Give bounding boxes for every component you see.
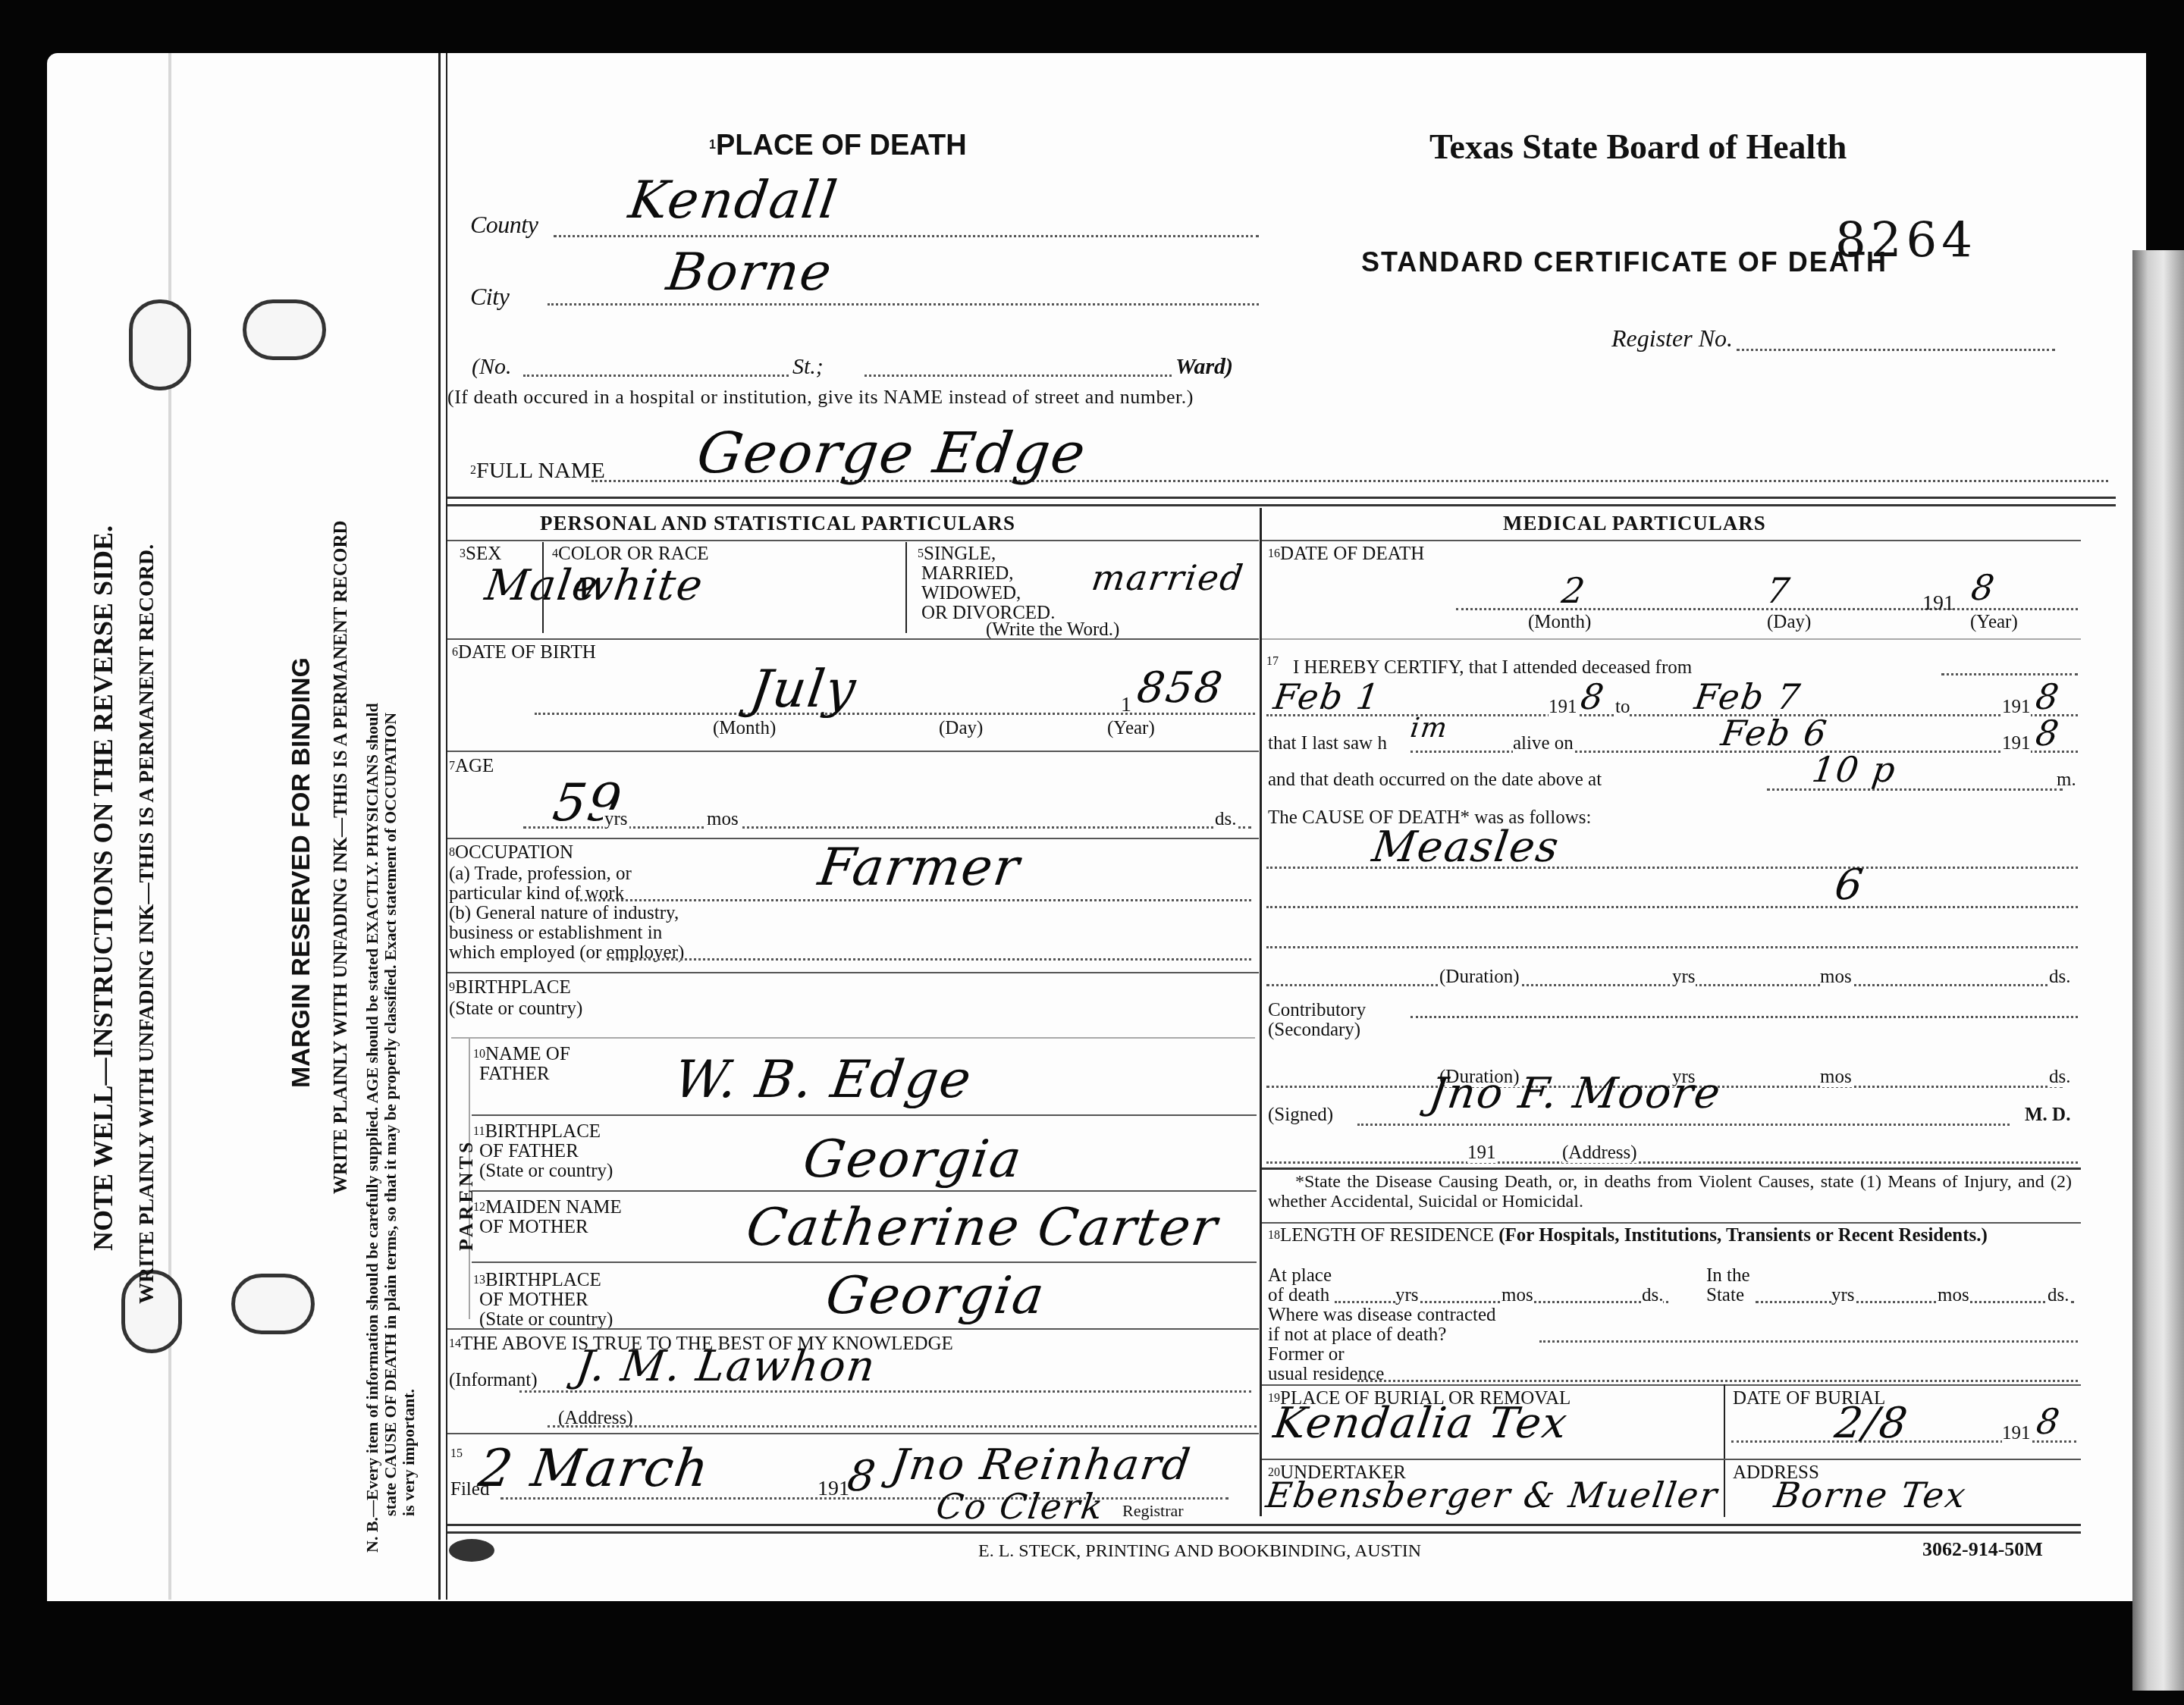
full-name-label-text: FULL NAME [476, 458, 605, 483]
occupation-label-text: OCCUPATION [455, 842, 573, 863]
ward-label: Ward) [1175, 356, 1233, 378]
certify-line1: I HEREBY CERTIFY, that I attended deceas… [1293, 658, 1692, 678]
certify-line1-dots [1941, 673, 2078, 675]
death-year-label: (Year) [1970, 613, 2018, 632]
birth-day-label: (Day) [939, 719, 983, 738]
birth-label-text: DATE OF BIRTH [458, 642, 596, 663]
hospital-note: (If death occured in a hospital or insti… [447, 387, 1194, 408]
occupation-line-a [576, 899, 1251, 901]
signed-line [1357, 1124, 2010, 1126]
occupation-label: 8OCCUPATION [449, 843, 573, 863]
alive-on-value: Feb 6 [1718, 713, 1831, 754]
father-name-label-1: 10NAME OF [473, 1045, 570, 1064]
item-number: 10 [473, 1048, 485, 1061]
binding-clip-top-inner [243, 299, 326, 360]
mother-birthplace-label-text: BIRTHPLACE [485, 1270, 601, 1290]
age-top-rule [447, 751, 1259, 752]
board-title: Texas State Board of Health [1429, 129, 1847, 165]
age-line [523, 826, 1251, 829]
date-of-death-label: 16DATE OF DEATH [1268, 544, 1424, 564]
personal-title-rule [447, 540, 1259, 541]
signed-address-label: (Address) [1562, 1143, 1637, 1163]
age-mos-label: mos [705, 810, 740, 829]
certificate-number: 8264 [1835, 216, 1977, 266]
mother-name-label-2: OF MOTHER [479, 1218, 588, 1237]
cause-yrs-label: yrs [1672, 967, 1696, 987]
registrar-value: Jno Reinhard [887, 1440, 1194, 1490]
signed-year-prefix: 191 [1467, 1143, 1496, 1163]
binding-clip-bottom-inner [231, 1274, 315, 1334]
attended-to-label: to [1615, 697, 1630, 717]
death-year-prefix: 191 [1922, 593, 1954, 614]
mother-birthplace-label-1: 13BIRTHPLACE [473, 1271, 601, 1290]
parents-top-rule [451, 1037, 1255, 1039]
cause-line-3 [1266, 946, 2078, 948]
union-label-icon [449, 1539, 494, 1562]
margin-reserved-for-binding: MARGIN RESERVED FOR BINDING [287, 657, 316, 1088]
contributory-label-1: Contributory [1268, 1001, 1366, 1020]
birth-line [535, 713, 1255, 715]
father-birthplace-label-1: 11BIRTHPLACE [473, 1122, 601, 1142]
birth-year-value: 858 [1134, 663, 1226, 713]
bottom-double-rule-bottom [447, 1531, 2081, 1534]
last-saw-him: im [1408, 713, 1450, 744]
item-number: 13 [473, 1274, 485, 1287]
residence-label-text: LENGTH OF RESIDENCE [1280, 1225, 1494, 1246]
mother-birthplace-rule [447, 1328, 1259, 1330]
name-double-rule-bottom [447, 504, 2116, 506]
city-value: Borne [663, 243, 836, 302]
contracted-label-2: if not at place of death? [1268, 1325, 1446, 1345]
register-line [1737, 349, 2055, 351]
undertaker-value: Ebensberger & Mueller [1263, 1475, 1721, 1515]
age-yrs-label: yrs [603, 810, 629, 829]
father-name-label-text: NAME OF [485, 1044, 570, 1064]
marital-label-3: WIDOWED, [921, 584, 1021, 603]
burial-year-prefix: 191 [2002, 1424, 2031, 1443]
at-place-label-2: of death [1268, 1286, 1329, 1305]
item-number: 16 [1268, 547, 1280, 560]
place-of-death-title: 1PLACE OF DEATH [709, 130, 967, 161]
form-left-rule-inner [446, 53, 447, 1600]
full-name-value: George Edge [693, 421, 1090, 486]
occurred-label: and that death occurred on the date abov… [1268, 770, 1602, 790]
burial-top-rule [1262, 1384, 2081, 1386]
time-value: 10 p [1809, 749, 1899, 790]
occupation-value: Farmer [814, 838, 1024, 898]
margin-write-plainly-inner: WRITE PLAINLY WITH UNFADING INK—THIS IS … [331, 520, 352, 1194]
birth-year-label: (Year) [1107, 719, 1155, 738]
personal-section-title: PERSONAL AND STATISTICAL PARTICULARS [540, 512, 1015, 534]
mother-name-value: Catherine Carter [742, 1198, 1222, 1258]
item-number: 9 [449, 981, 455, 994]
at-place-yrs: yrs [1395, 1286, 1419, 1305]
register-label: Register No. [1611, 328, 1733, 349]
item-number: 2 [470, 464, 476, 477]
age-label-text: AGE [455, 756, 494, 776]
age-label: 7AGE [449, 757, 494, 776]
footnote: *State the Disease Causing Death, or, in… [1268, 1172, 2072, 1211]
margin-nb-line2: state CAUSE OF DEATH in plain terms, so … [381, 713, 400, 1516]
in-state-ds: ds. [2047, 1286, 2069, 1305]
cause-line-2 [1266, 906, 2078, 908]
marital-value: married [1089, 557, 1247, 598]
in-state-label-1: In the [1706, 1266, 1750, 1286]
birthplace-hint: (State or country) [449, 999, 582, 1019]
birth-year-prefix: 1 [1121, 694, 1131, 716]
father-birthplace-label-2: OF FATHER [479, 1142, 579, 1161]
mother-birthplace-value: Georgia [822, 1266, 1049, 1326]
death-day-label: (Day) [1767, 613, 1811, 632]
certificate-title: STANDARD CERTIFICATE OF DEATH [1361, 248, 1887, 277]
contributory-label-2: (Secondary) [1268, 1020, 1360, 1040]
last-saw-label: that I last saw h [1268, 734, 1387, 754]
cause-duration-line [1266, 984, 2063, 986]
in-state-label-2: State [1706, 1286, 1744, 1305]
cause-ds-label: ds. [2049, 967, 2070, 987]
mother-name-label-text: MAIDEN NAME [485, 1197, 622, 1218]
attended-from-year-prefix: 191 [1549, 697, 1577, 717]
undertaker-address-value: Borne Tex [1771, 1475, 1969, 1515]
occupation-line-b1: (b) General nature of industry, [449, 904, 679, 923]
mother-birthplace-label-2: OF MOTHER [479, 1290, 588, 1310]
date-of-death-label-text: DATE OF DEATH [1280, 544, 1424, 564]
residence-label: 18LENGTH OF RESIDENCE (For Hospitals, In… [1268, 1225, 2072, 1246]
alive-on-label: alive on [1513, 734, 1574, 754]
birth-month-value: July [746, 660, 860, 719]
margin-nb-line1: N. B.—Every item of information should b… [362, 703, 382, 1553]
parents-label: PARENTS [455, 1139, 478, 1251]
father-name-value: W. B. Edge [670, 1050, 975, 1110]
in-state-line [1756, 1301, 2074, 1303]
former-label-1: Former or [1268, 1345, 1345, 1365]
sex-race-divider [542, 542, 544, 633]
binding-fold-line [168, 53, 171, 1600]
father-birthplace-rule [472, 1190, 1257, 1192]
informant-value: J. M. Lawhon [573, 1342, 879, 1391]
form-code: 3062-914-50M [1922, 1539, 2043, 1560]
item-number: 1 [709, 139, 716, 152]
marital-hint: (Write the Word.) [986, 620, 1119, 640]
county-label: County [470, 214, 538, 235]
medical-title-rule [1262, 540, 2081, 541]
mother-birthplace-label-3: (State or country) [479, 1310, 613, 1330]
at-place-mos: mos [1501, 1286, 1533, 1305]
item-number: 7 [449, 760, 455, 773]
attended-to-value: Feb 7 [1692, 676, 1804, 717]
contracted-line [1539, 1340, 2078, 1343]
father-birthplace-label-3: (State or country) [479, 1161, 613, 1181]
city-label: City [470, 286, 509, 307]
residence-top-rule [1262, 1222, 2081, 1224]
father-name-label-2: FATHER [479, 1064, 550, 1084]
street-no-label: (No. [472, 356, 512, 378]
certify-number: 17 [1266, 652, 1279, 672]
street-no-line [523, 375, 789, 377]
item-number: 5 [918, 547, 924, 560]
contributory-line [1410, 1016, 2078, 1018]
birthplace-top-rule [447, 972, 1259, 973]
medical-section-title: MEDICAL PARTICULARS [1503, 512, 1766, 534]
signed-value: Jno F. Moore [1426, 1069, 1724, 1118]
marital-label-2: MARRIED, [921, 564, 1014, 584]
at-place-ds: ds. [1642, 1286, 1663, 1305]
item-number: 8 [449, 846, 455, 859]
mother-name-label-1: 12MAIDEN NAME [473, 1198, 622, 1218]
cause-value: Measles [1369, 823, 1563, 872]
filed-date-value: 2 March [475, 1439, 714, 1499]
place-of-death-title-text: PLACE OF DEATH [716, 130, 967, 161]
birthplace-label-text: BIRTHPLACE [455, 977, 571, 998]
contracted-label-1: Where was disease contracted [1268, 1305, 1496, 1325]
form-left-rule [438, 53, 441, 1600]
printer-line: E. L. STECK, PRINTING AND BOOKBINDING, A… [978, 1540, 1421, 1562]
informant-label: (Informant) [449, 1371, 538, 1390]
county-line [554, 235, 1259, 237]
residence-hint: (For Hospitals, Institutions, Transients… [1498, 1225, 1988, 1246]
former-line [1357, 1380, 2078, 1382]
occupation-line-a1: (a) Trade, profession, or [449, 864, 632, 884]
birth-month-label: (Month) [713, 719, 776, 738]
at-place-label-1: At place [1268, 1266, 1332, 1286]
age-ds-label: ds. [1213, 810, 1238, 829]
birth-label: 6DATE OF BIRTH [452, 643, 596, 663]
column-divider [1260, 508, 1262, 1516]
father-birthplace-value: Georgia [799, 1130, 1026, 1189]
item-number: 4 [552, 547, 558, 560]
occupation-line-b [607, 958, 1251, 961]
full-name-label: 2FULL NAME [470, 460, 605, 481]
death-month-label: (Month) [1528, 613, 1591, 632]
informant-address-line [548, 1425, 1257, 1428]
father-birthplace-label-text: BIRTHPLACE [485, 1121, 601, 1142]
city-line [548, 303, 1259, 306]
cause-duration-label: (Duration) [1439, 967, 1520, 987]
attended-from-value: Feb 1 [1271, 676, 1383, 717]
certify-top-rule [1262, 638, 2081, 640]
filed-number: 15 [450, 1444, 463, 1464]
margin-note-well: NOTE WELL—INSTRUCTIONS ON THE REVERSE SI… [87, 525, 119, 1251]
item-number: 6 [452, 646, 458, 659]
contributory-ds-label: ds. [2049, 1067, 2070, 1087]
alive-on-year-prefix: 191 [2002, 734, 2031, 754]
scan-edge-shadow [2132, 250, 2184, 1691]
birth-top-rule [447, 638, 1259, 640]
margin-nb-line3: is very important. [399, 1389, 419, 1516]
signed-label: (Signed) [1268, 1105, 1333, 1125]
binding-clip-top-outer [129, 299, 191, 390]
burial-divider [1724, 1384, 1725, 1517]
attended-to-year-prefix: 191 [2002, 697, 2031, 717]
md-label: M. D. [2025, 1105, 2070, 1125]
cause-mos-label: mos [1820, 967, 1852, 987]
item-number: 11 [473, 1125, 485, 1138]
cause-line-1 [1266, 867, 2078, 869]
contributory-mos-label: mos [1820, 1067, 1852, 1087]
undertaker-top-rule [1262, 1459, 2081, 1460]
in-state-yrs: yrs [1831, 1286, 1855, 1305]
filed-top-rule [447, 1433, 1259, 1434]
race-value: white [573, 561, 707, 610]
item-number: 14 [449, 1337, 461, 1350]
ward-line [864, 375, 1172, 377]
signed-bottom-rule [1262, 1167, 2081, 1170]
item-number: 3 [460, 547, 466, 560]
occupation-line-b2: business or establishment in [449, 923, 662, 943]
burial-date-value: 2/8 [1831, 1399, 1911, 1448]
street-st-label: St.; [792, 356, 824, 378]
item-number: 12 [473, 1201, 485, 1214]
name-double-rule-top [447, 497, 2116, 499]
registrar-sub-value: Co Clerk [934, 1486, 1106, 1527]
signed-date-line [1266, 1161, 2078, 1164]
father-name-rule [472, 1114, 1257, 1116]
birthplace-label: 9BIRTHPLACE [449, 978, 571, 998]
bottom-double-rule-top [447, 1524, 2081, 1526]
race-marital-divider [905, 542, 907, 633]
marital-label-1: 5SINGLE, [918, 544, 996, 564]
marital-label-text: SINGLE, [924, 544, 996, 564]
m-label: m. [2057, 770, 2076, 790]
in-state-mos: mos [1938, 1286, 1969, 1305]
item-number: 18 [1268, 1229, 1280, 1242]
attended-from-line [1266, 714, 2078, 716]
county-value: Kendall [625, 171, 842, 230]
burial-place-value: Kendalia Tex [1270, 1399, 1571, 1448]
mother-name-rule [472, 1262, 1257, 1263]
margin-write-plainly-outer: WRITE PLAINLY WITH UNFADING INK—THIS IS … [135, 544, 159, 1304]
registrar-label: Registrar [1122, 1501, 1184, 1521]
